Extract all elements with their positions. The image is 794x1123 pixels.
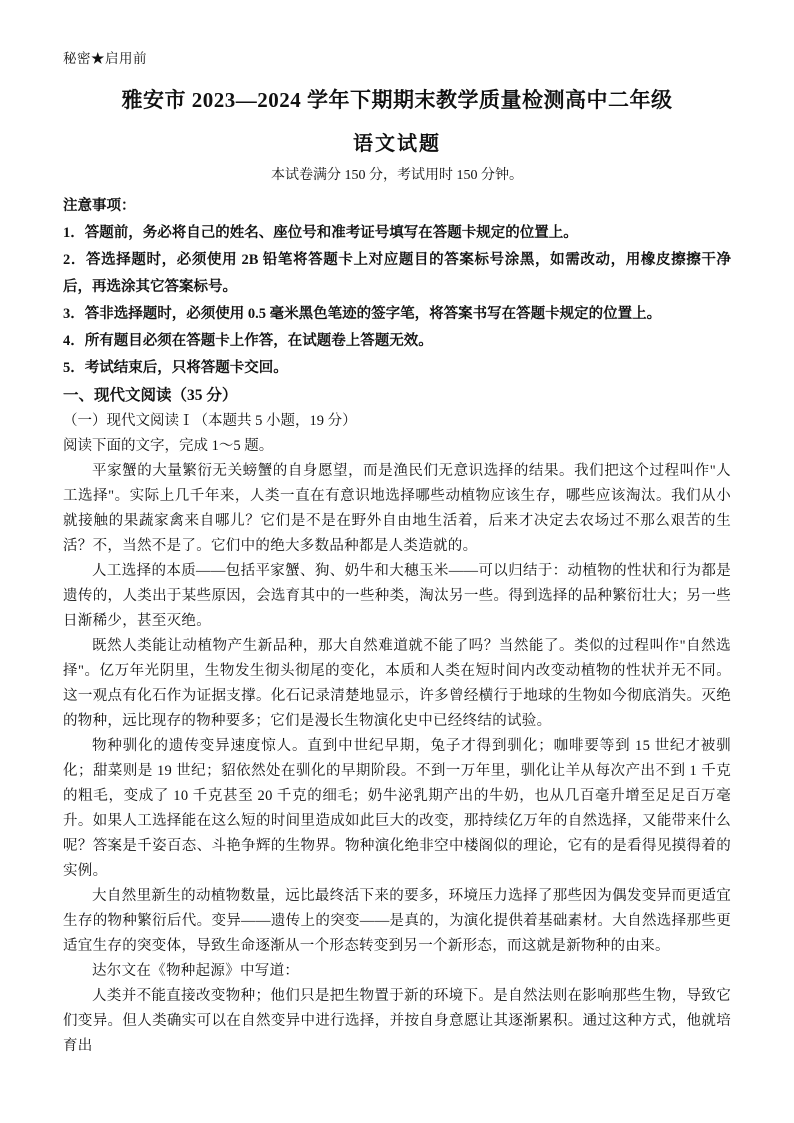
notice-item: 1．答题前，务必将自己的姓名、座位号和准考证号填写在答题卡规定的位置上。: [63, 220, 731, 247]
classification-label: 秘密★启用前: [63, 50, 731, 68]
notice-item: 2．答选择题时，必须使用 2B 铅笔将答题卡上对应题目的答案标号涂黑，如需改动，…: [63, 247, 731, 301]
passage-paragraph: 人工选择的本质——包括平家蟹、狗、奶牛和大穗玉米——可以归结于：动植物的性状和行…: [63, 559, 731, 634]
passage-paragraph: 人类并不能直接改变物种；他们只是把生物置于新的环境下。是自然法则在影响那些生物，…: [63, 984, 731, 1059]
passage-paragraph: 平家蟹的大量繁衍无关螃蟹的自身愿望，而是渔民们无意识选择的结果。我们把这个过程叫…: [63, 459, 731, 559]
passage-paragraph: 物种驯化的遗传变异速度惊人。直到中世纪早期，兔子才得到驯化；咖啡要等到 15 世…: [63, 734, 731, 884]
reading-passage: 平家蟹的大量繁衍无关螃蟹的自身愿望，而是渔民们无意识选择的结果。我们把这个过程叫…: [63, 459, 731, 1059]
notice-list: 1．答题前，务必将自己的姓名、座位号和准考证号填写在答题卡规定的位置上。2．答选…: [63, 220, 731, 382]
passage-paragraph: 大自然里新生的动植物数量，远比最终活下来的要多，环境压力选择了那些因为偶发变异而…: [63, 884, 731, 959]
passage-paragraph: 既然人类能让动植物产生新品种，那大自然难道就不能了吗？当然能了。类似的过程叫作"…: [63, 634, 731, 734]
notice-heading: 注意事项：: [63, 193, 731, 220]
section-heading-modern-reading: 一、现代文阅读（35 分）: [63, 382, 731, 409]
reading-instruction: 阅读下面的文字，完成 1～5 题。: [63, 434, 731, 459]
exam-subject-title: 语文试题: [63, 131, 731, 157]
exam-info-line: 本试卷满分 150 分，考试用时 150 分钟。: [63, 166, 731, 185]
notice-item: 4．所有题目必须在答题卡上作答，在试题卷上答题无效。: [63, 328, 731, 355]
notice-item: 5．考试结束后，只将答题卡交回。: [63, 355, 731, 382]
notice-item: 3．答非选择题时，必须使用 0.5 毫米黑色笔迹的签字笔，将答案书写在答题卡规定…: [63, 301, 731, 328]
exam-paper-page: 秘密★启用前 雅安市 2023—2024 学年下期期末教学质量检测高中二年级 语…: [0, 0, 794, 1123]
subsection-heading-reading-1: （一）现代文阅读Ⅰ（本题共 5 小题，19 分）: [63, 409, 731, 434]
exam-title: 雅安市 2023—2024 学年下期期末教学质量检测高中二年级: [63, 86, 731, 114]
passage-paragraph: 达尔文在《物种起源》中写道：: [63, 959, 731, 984]
